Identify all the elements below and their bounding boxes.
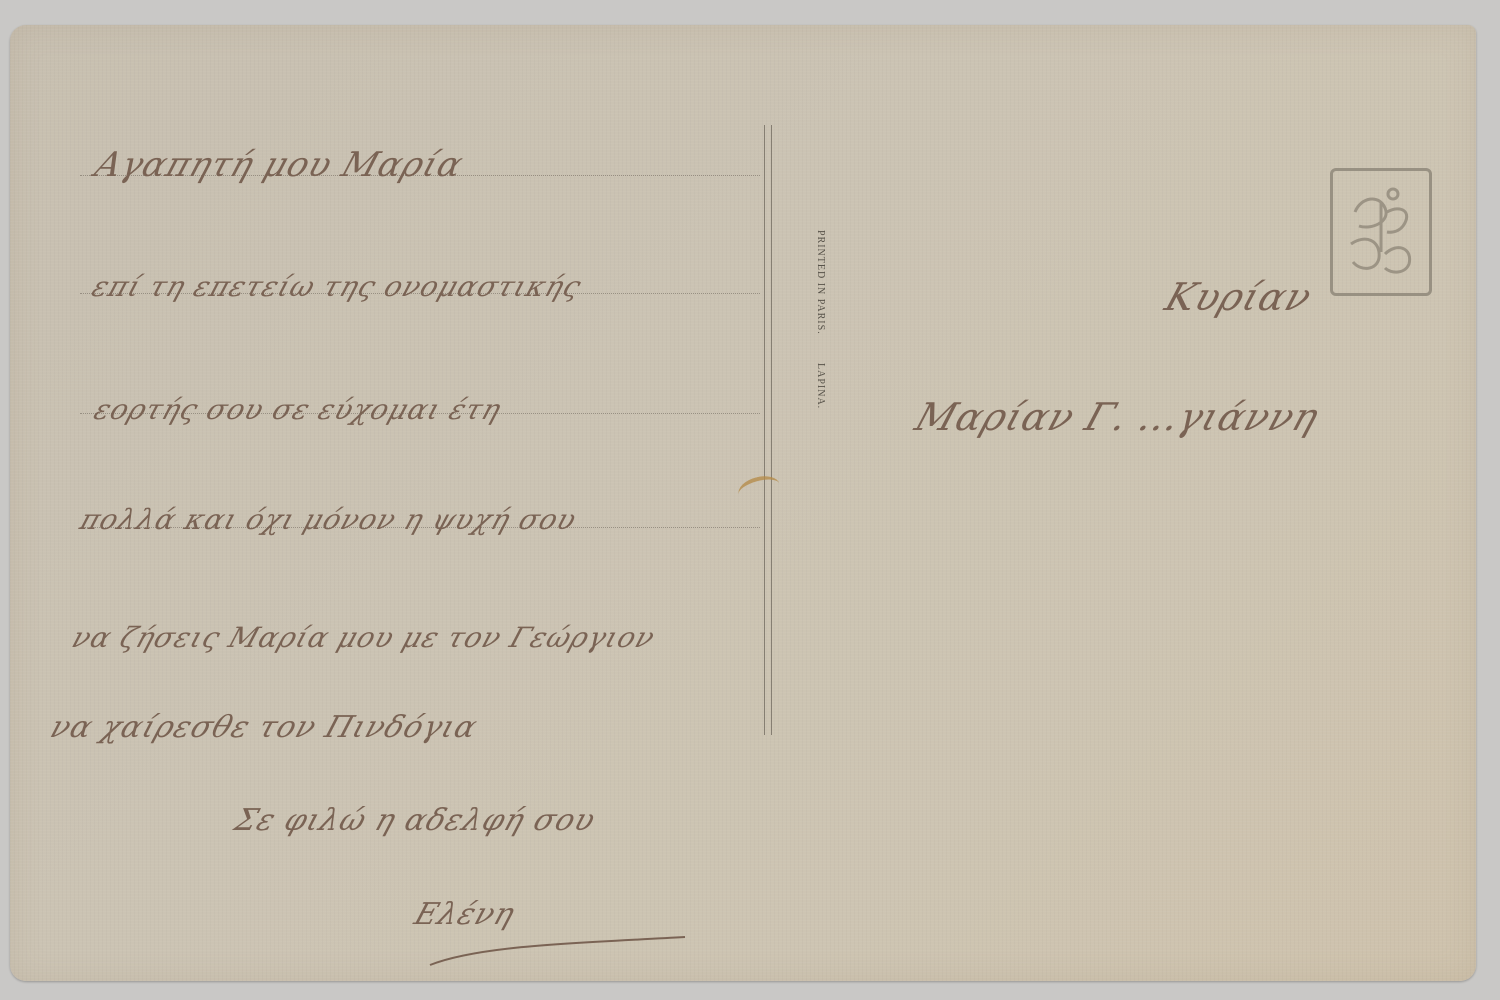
postcard-back: PRINTED IN PARIS. LAPINA. Αγαπητή μου Μα…: [10, 25, 1476, 981]
message-line-2: επί τη επετείω της ονομαστικής: [88, 270, 586, 303]
publisher-monogram-icon: [1341, 182, 1421, 282]
divider-line-right: [771, 125, 772, 735]
signature-flourish-icon: [420, 925, 690, 975]
address-line-2: Μαρίαν Γ. ...γιάννη: [910, 395, 1325, 439]
printer-imprint-left: PRINTED IN PARIS.: [796, 230, 826, 335]
message-line-6: να χαίρεσθε τον Πινδόγια: [46, 710, 482, 745]
message-line-3: εορτής σου σε εύχομαι έτη: [90, 393, 506, 426]
divider-line-left: [764, 125, 765, 735]
address-line-1: Κυρίαν: [1160, 275, 1318, 319]
printer-imprint: PRINTED IN PARIS. LAPINA.: [796, 230, 826, 630]
printer-imprint-right: LAPINA.: [796, 363, 826, 409]
message-line-1: Αγαπητή μου Μαρία: [90, 145, 469, 185]
ink-stain: [736, 472, 783, 506]
message-line-5: να ζήσεις Μαρία μου με τον Γεώργιον: [68, 621, 660, 654]
message-closing: Σε φιλώ η αδελφή σου: [230, 803, 600, 838]
stamp-area: [1330, 168, 1432, 296]
message-line-4: πολλά και όχι μόνον η ψυχή σου: [76, 503, 581, 536]
